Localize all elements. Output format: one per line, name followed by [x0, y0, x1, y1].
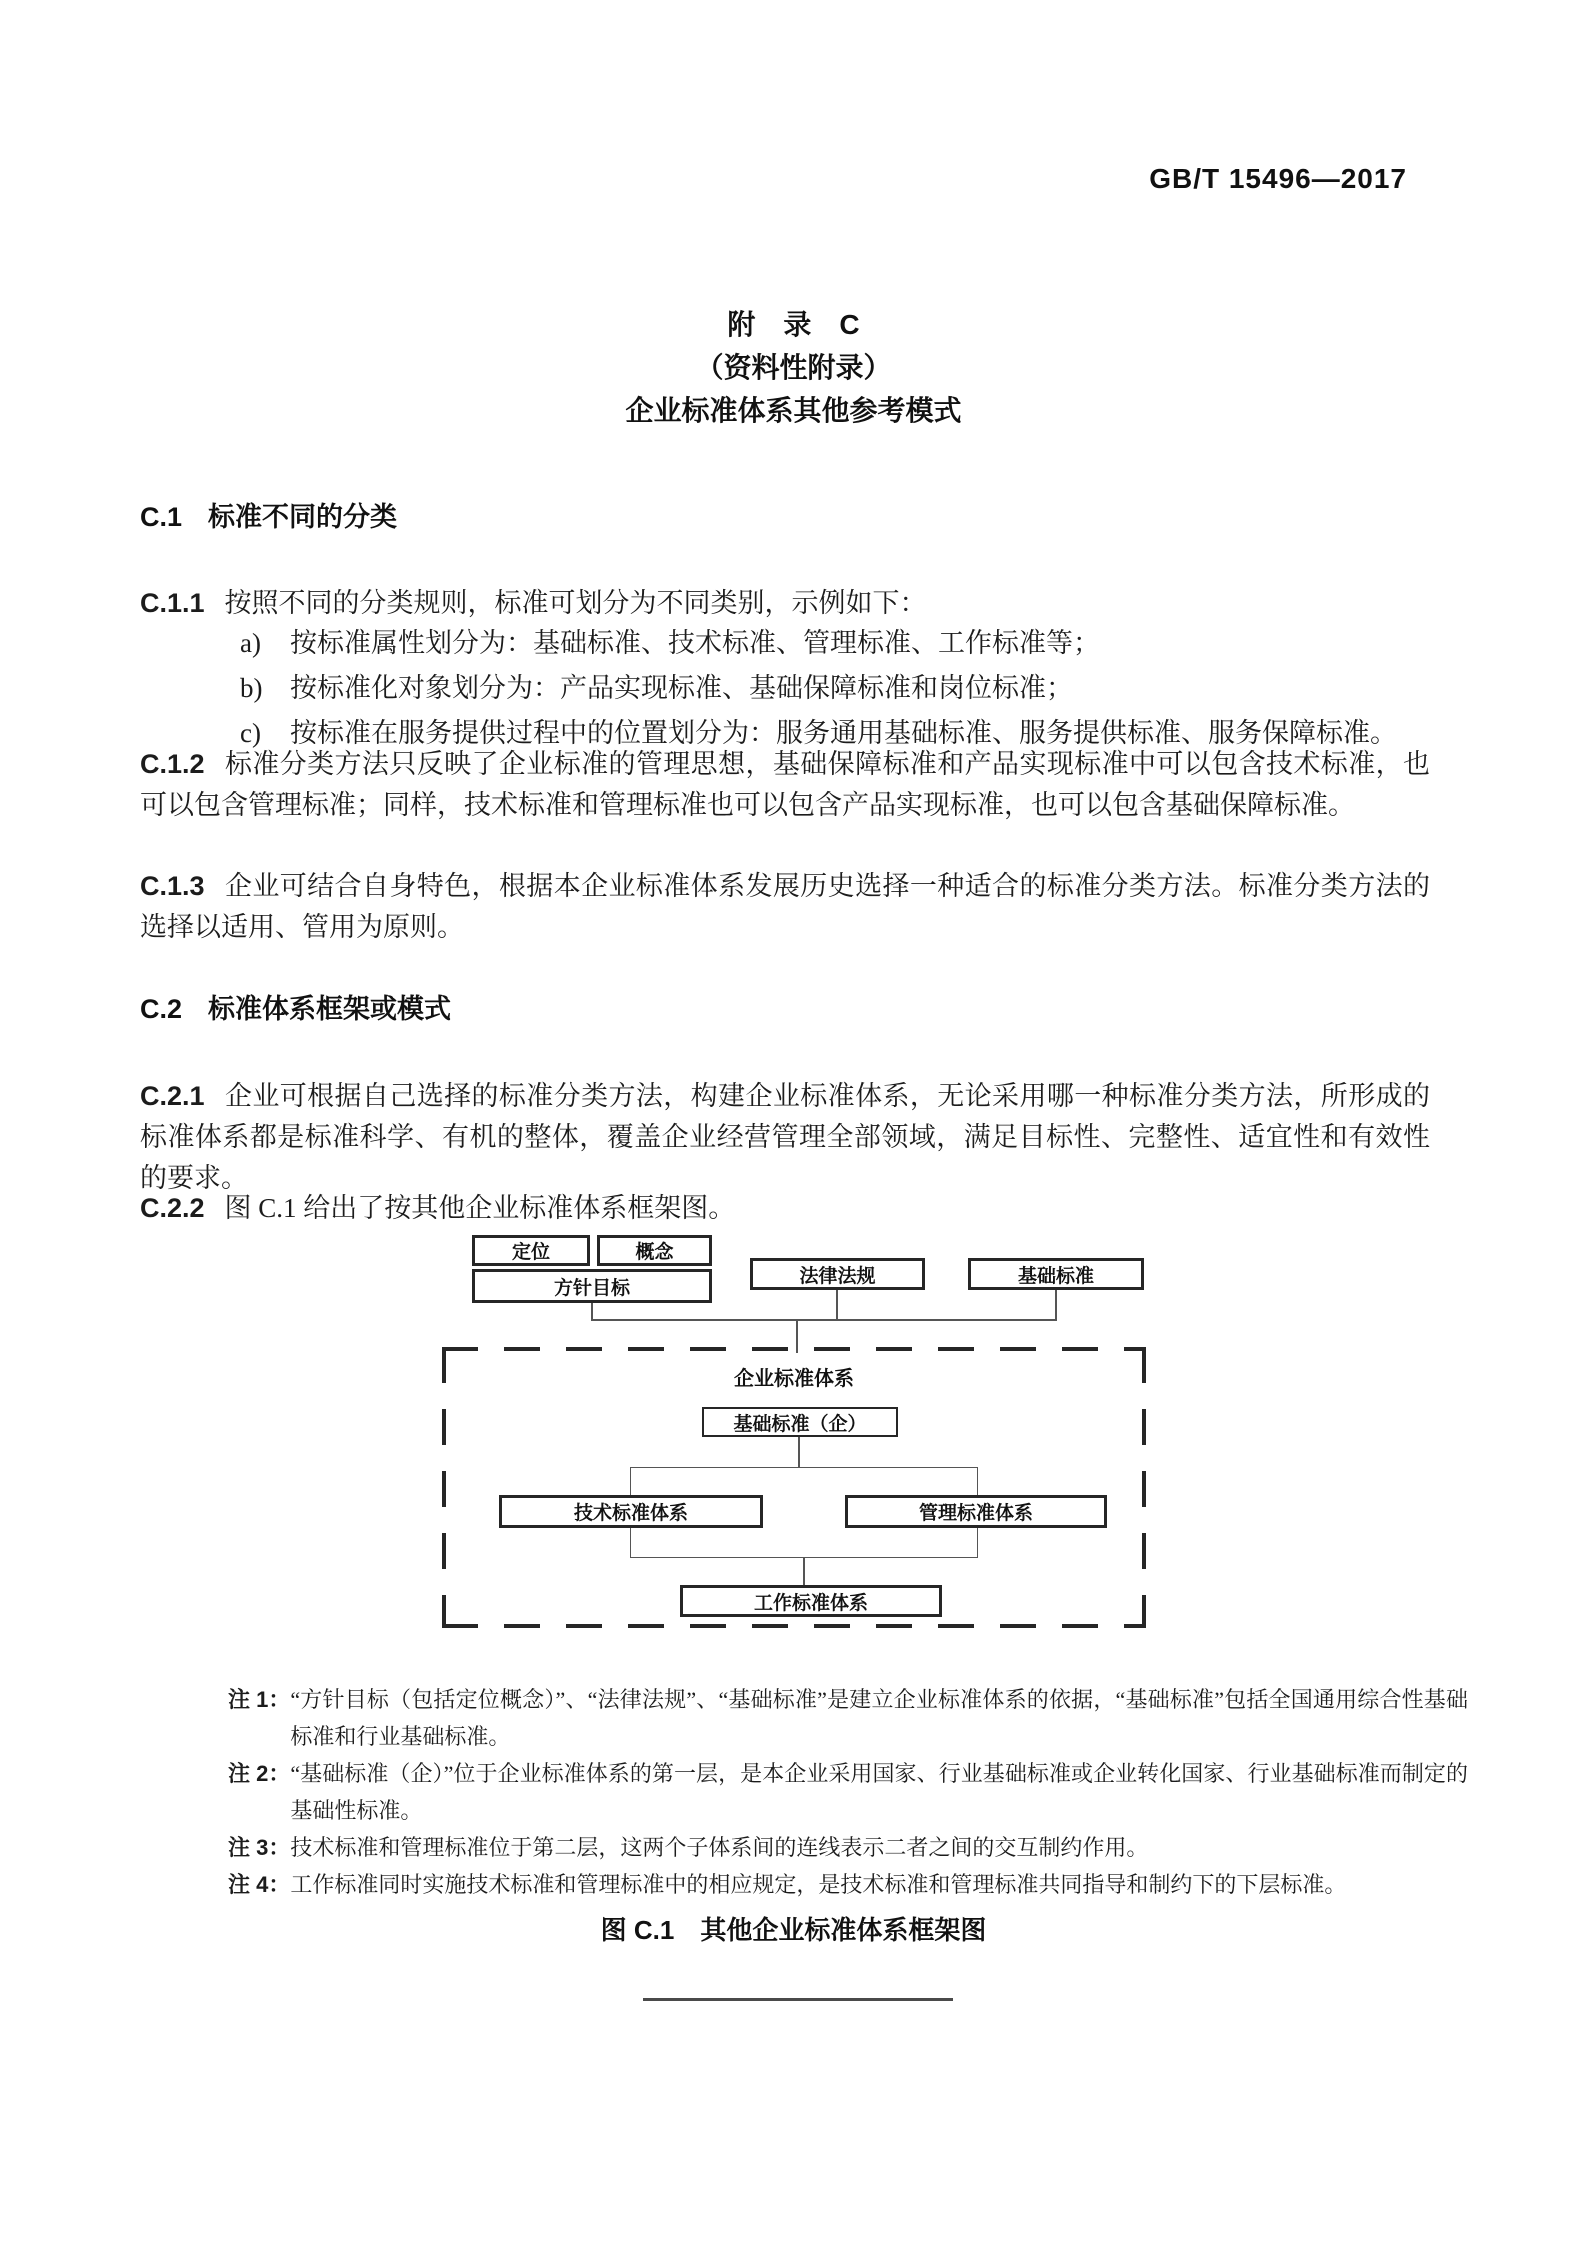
list-item-b: b)按标准化对象划分为：产品实现标准、基础保障标准和岗位标准； — [240, 666, 1480, 711]
clause-c12-text: 标准分类方法只反映了企业标准的管理思想，基础保障标准和产品实现标准中可以包含技术… — [140, 749, 1430, 820]
classification-list: a)按标准属性划分为：基础标准、技术标准、管理标准、工作标准等； b)按标准化对… — [240, 621, 1480, 756]
connector-center-drop — [796, 1320, 798, 1353]
appendix-title: 附 录 C — [0, 303, 1587, 346]
list-item-b-text: 按标准化对象划分为：产品实现标准、基础保障标准和岗位标准； — [290, 673, 1073, 703]
note-2: 注 2： “基础标准（企）”位于企业标准体系的第一层，是本企业采用国家、行业基础… — [228, 1755, 1468, 1829]
clause-c22: C.2.2图 C.1 给出了按其他企业标准体系框架图。 — [140, 1188, 1430, 1229]
list-item-a-label: a) — [240, 621, 290, 666]
connector-basic-to-rect — [798, 1437, 800, 1468]
diagram-box-basic-standards: 基础标准 — [968, 1258, 1144, 1290]
note-4-text: 工作标准同时实施技术标准和管理标准中的相应规定，是技术标准和管理标准共同指导和制… — [290, 1866, 1346, 1903]
clause-c22-number: C.2.2 — [140, 1193, 205, 1223]
note-2-label: 注 2： — [228, 1755, 290, 1829]
clause-c13: C.1.3企业可结合自身特色，根据本企业标准体系发展历史选择一种适合的标准分类方… — [140, 866, 1430, 948]
note-1: 注 1： “方针目标（包括定位概念）”、“法律法规”、“基础标准”是建立企业标准… — [228, 1681, 1468, 1755]
framework-diagram: 定位 概念 方针目标 法律法规 基础标准 企业标准体系 基础标准（企） 技术标准… — [0, 1228, 1587, 1648]
note-1-text: “方针目标（包括定位概念）”、“法律法规”、“基础标准”是建立企业标准体系的依据… — [290, 1681, 1468, 1755]
dashed-border-bottom — [442, 1624, 1146, 1628]
diagram-box-concept: 概念 — [597, 1235, 712, 1266]
connector-policy-drop — [591, 1303, 593, 1320]
clause-c21-number: C.2.1 — [140, 1081, 205, 1111]
clause-c11-number: C.1.1 — [140, 588, 205, 618]
clause-c13-text: 企业可结合自身特色，根据本企业标准体系发展历史选择一种适合的标准分类方法。标准分… — [140, 871, 1430, 942]
connector-basic-drop — [1055, 1290, 1057, 1320]
section-c1-heading: C.1标准不同的分类 — [140, 496, 1430, 538]
section-c2-title: 标准体系框架或模式 — [208, 994, 451, 1024]
connector-laws-drop — [836, 1290, 838, 1320]
appendix-heading: 企业标准体系其他参考模式 — [0, 389, 1587, 432]
clause-c11-text: 按照不同的分类规则，标准可划分为不同类别，示例如下： — [225, 588, 927, 618]
clause-c11: C.1.1按照不同的分类规则，标准可划分为不同类别，示例如下： — [140, 583, 1430, 624]
dashed-border-top — [442, 1347, 1146, 1351]
list-item-a: a)按标准属性划分为：基础标准、技术标准、管理标准、工作标准等； — [240, 621, 1480, 666]
clause-c12-number: C.1.2 — [140, 749, 205, 779]
note-4-label: 注 4： — [228, 1866, 290, 1903]
appendix-title-block: 附 录 C （资料性附录） 企业标准体系其他参考模式 — [0, 303, 1587, 432]
section-c2-number: C.2 — [140, 994, 182, 1024]
section-c1-title: 标准不同的分类 — [208, 502, 397, 532]
section-c1-number: C.1 — [140, 502, 182, 532]
diagram-label-enterprise-system: 企业标准体系 — [442, 1362, 1146, 1391]
document-page: { "header": { "doc_number": "GB/T 15496—… — [0, 0, 1587, 2243]
list-item-b-label: b) — [240, 666, 290, 711]
clause-c22-text: 图 C.1 给出了按其他企业标准体系框架图。 — [225, 1193, 736, 1223]
clause-c21: C.2.1企业可根据自己选择的标准分类方法，构建企业标准体系，无论采用哪一种标准… — [140, 1076, 1430, 1199]
note-3-label: 注 3： — [228, 1829, 290, 1866]
standard-number: GB/T 15496—2017 — [1149, 163, 1407, 195]
connector-rect-to-work — [803, 1558, 805, 1585]
clause-c13-number: C.1.3 — [140, 871, 205, 901]
diagram-box-technical-standards: 技术标准体系 — [499, 1495, 763, 1528]
diagram-box-work-standards: 工作标准体系 — [680, 1585, 942, 1617]
note-1-label: 注 1： — [228, 1681, 290, 1755]
diagram-box-policy-goals: 方针目标 — [472, 1269, 712, 1303]
note-3-text: 技术标准和管理标准位于第二层，这两个子体系间的连线表示二者之间的交互制约作用。 — [290, 1829, 1148, 1866]
appendix-subtitle: （资料性附录） — [0, 346, 1587, 389]
section-c2-heading: C.2标准体系框架或模式 — [140, 988, 1430, 1030]
diagram-box-management-standards: 管理标准体系 — [845, 1495, 1107, 1528]
clause-c12: C.1.2标准分类方法只反映了企业标准的管理思想，基础保障标准和产品实现标准中可… — [140, 744, 1430, 826]
note-2-text: “基础标准（企）”位于企业标准体系的第一层，是本企业采用国家、行业基础标准或企业… — [290, 1755, 1468, 1829]
end-of-document-rule — [643, 1998, 953, 2001]
diagram-box-basic-standards-enterprise: 基础标准（企） — [702, 1407, 898, 1437]
note-3: 注 3： 技术标准和管理标准位于第二层，这两个子体系间的连线表示二者之间的交互制… — [228, 1829, 1468, 1866]
note-4: 注 4： 工作标准同时实施技术标准和管理标准中的相应规定，是技术标准和管理标准共… — [228, 1866, 1468, 1903]
figure-caption: 图 C.1 其他企业标准体系框架图 — [0, 1910, 1587, 1947]
diagram-box-positioning: 定位 — [472, 1235, 590, 1266]
list-item-a-text: 按标准属性划分为：基础标准、技术标准、管理标准、工作标准等； — [290, 628, 1100, 658]
diagram-box-laws-regulations: 法律法规 — [750, 1258, 925, 1290]
connector-horizontal-bus — [591, 1319, 1057, 1321]
clause-c21-text: 企业可根据自己选择的标准分类方法，构建企业标准体系，无论采用哪一种标准分类方法，… — [140, 1081, 1430, 1193]
